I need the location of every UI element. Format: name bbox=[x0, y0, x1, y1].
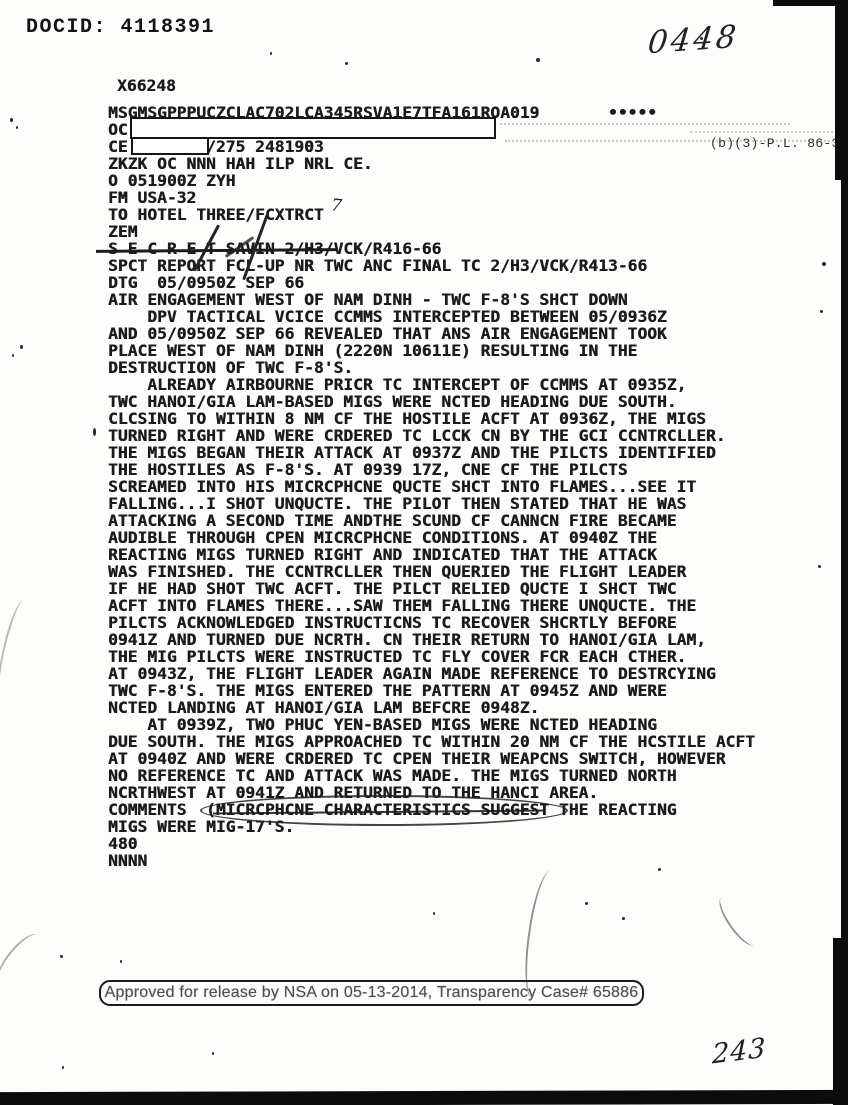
message-line: NO REFERENCE TC AND ATTACK WAS MADE. THE… bbox=[108, 767, 755, 784]
scan-speck bbox=[536, 58, 540, 62]
message-line: IF HE HAD SHOT TWC ACFT. THE PILCT RELIE… bbox=[108, 580, 755, 597]
message-line: AT 0940Z AND WERE CRDERED TC CPEN THEIR … bbox=[108, 750, 755, 767]
scan-speck bbox=[12, 354, 14, 357]
message-line: TWC HANOI/GIA LAM-BASED MIGS WERE NCTED … bbox=[108, 393, 755, 410]
scan-crease bbox=[713, 892, 763, 951]
scan-speck bbox=[212, 1052, 214, 1055]
message-line: FALLING...I SHOT UNQUCTE. THE PILOT THEN… bbox=[108, 495, 755, 512]
legal-exemption-annotation: (b)(3)-P.L. 86-36 bbox=[710, 136, 848, 151]
handwritten-page-number-top: 0448 bbox=[646, 19, 741, 62]
scanned-document-page: DOCID: 4118391 0448 X66248 MSGMSGPPPUCZC… bbox=[0, 0, 848, 1105]
message-line: TWC F-8'S. THE MIGS ENTERED THE PATTERN … bbox=[108, 682, 755, 699]
message-line: ATTACKING A SECOND TIME ANDTHE SCUND CF … bbox=[108, 512, 755, 529]
scan-edge-right-top bbox=[835, 0, 848, 180]
message-line: AND 05/0950Z SEP 66 REVEALED THAT ANS AI… bbox=[108, 325, 755, 342]
scan-speck bbox=[93, 428, 96, 436]
message-body: MSGMSGPPPUCZCLAC702LCA345RSVA1E7TFA161RO… bbox=[108, 104, 755, 869]
message-line: 480 bbox=[108, 835, 755, 852]
redaction-box-large bbox=[130, 117, 496, 139]
handwritten-page-number-bottom: 243 bbox=[712, 1033, 767, 1071]
docid-label: DOCID: 4118391 bbox=[26, 16, 215, 39]
message-line: SCREAMED INTO HIS MICRCPHCNE QUCTE SHCT … bbox=[108, 478, 755, 495]
message-line: WAS FINISHED. THE CCNTRCLLER THEN QUERIE… bbox=[108, 563, 755, 580]
message-line: DTG 05/0950Z SEP 66 bbox=[108, 274, 755, 291]
scan-speck bbox=[820, 310, 823, 313]
message-line: CLCSING TO WITHIN 8 NM CF THE HOSTILE AC… bbox=[108, 410, 755, 427]
scan-streak bbox=[690, 131, 845, 135]
message-line: AIR ENGAGEMENT WEST OF NAM DINH - TWC F-… bbox=[108, 291, 755, 308]
scan-speck bbox=[60, 955, 63, 958]
message-line: ACFT INTO FLAMES THERE...SAW THEM FALLIN… bbox=[108, 597, 755, 614]
scan-crease bbox=[0, 928, 47, 988]
scan-edge-right-bottom bbox=[833, 938, 848, 1105]
scan-speck bbox=[10, 118, 13, 122]
message-line: PILCTS ACKNOWLEDGED INSTRUCTICNS TC RECO… bbox=[108, 614, 755, 631]
message-line: ZEM bbox=[108, 223, 755, 240]
scan-speck bbox=[62, 1066, 64, 1069]
message-line: 0941Z AND TURNED DUE NCRTH. CN THEIR RET… bbox=[108, 631, 755, 648]
redaction-box-small bbox=[131, 137, 209, 155]
scan-edge-top bbox=[773, 0, 848, 6]
scan-speck bbox=[822, 262, 826, 266]
scan-speck bbox=[585, 902, 588, 905]
scan-speck bbox=[345, 62, 348, 65]
message-line: AUDIBLE THROUGH CPEN MICRCPHCNE CONDITIO… bbox=[108, 529, 755, 546]
scan-crease bbox=[0, 599, 31, 690]
scan-speck bbox=[270, 52, 272, 55]
release-stamp: Approved for release by NSA on 05-13-201… bbox=[99, 980, 644, 1006]
message-line: THE HOSTILES AS F-8'S. AT 0939 17Z, CNE … bbox=[108, 461, 755, 478]
handwritten-superscript: 7 bbox=[330, 195, 343, 216]
message-line: TO HOTEL THREE/FCXTRCT bbox=[108, 206, 755, 223]
message-line: DESTRUCTION OF TWC F-8'S. bbox=[108, 359, 755, 376]
scan-speck bbox=[433, 912, 435, 915]
scan-speck bbox=[818, 565, 821, 568]
message-line: PLACE WEST OF NAM DINH (2220N 10611E) RE… bbox=[108, 342, 755, 359]
message-line: AT 0943Z, THE FLIGHT LEADER AGAIN MADE R… bbox=[108, 665, 755, 682]
message-line: DUE SOUTH. THE MIGS APPROACHED TC WITHIN… bbox=[108, 733, 755, 750]
message-line: O 051900Z ZYH bbox=[108, 172, 755, 189]
message-line: THE MIG PILCTS WERE INSTRUCTED TC FLY CO… bbox=[108, 648, 755, 665]
scan-speck bbox=[20, 345, 23, 349]
message-line: SPCT REPORT FCL-UP NR TWC ANC FINAL TC 2… bbox=[108, 257, 755, 274]
scan-speck bbox=[16, 126, 18, 129]
release-stamp-text: Approved for release by NSA on 05-13-201… bbox=[105, 984, 639, 1002]
message-serial: X66248 bbox=[117, 76, 176, 95]
scan-streak bbox=[500, 123, 790, 127]
message-line: REACTING MIGS TURNED RIGHT AND INDICATED… bbox=[108, 546, 755, 563]
message-line: ZKZK OC NNN HAH ILP NRL CE. bbox=[108, 155, 755, 172]
scan-speck bbox=[622, 917, 625, 920]
message-line: NCTED LANDING AT HANOI/GIA LAM BEFCRE 09… bbox=[108, 699, 755, 716]
message-line: TURNED RIGHT AND WERE CRDERED TC LCCK CN… bbox=[108, 427, 755, 444]
message-line: DPV TACTICAL VCICE CCMMS INTERCEPTED BET… bbox=[108, 308, 755, 325]
scan-speck bbox=[658, 868, 661, 871]
message-line: AT 0939Z, TWO PHUC YEN-BASED MIGS WERE N… bbox=[108, 716, 755, 733]
message-line: ALREADY AIRBOURNE PRICR TC INTERCEPT OF … bbox=[108, 376, 755, 393]
message-line: FM USA-32 bbox=[108, 189, 755, 206]
message-line: NNNN bbox=[108, 852, 755, 869]
scan-speck bbox=[120, 960, 122, 963]
scan-edge-bottom bbox=[0, 1090, 848, 1105]
scan-speck bbox=[700, 37, 703, 40]
message-line: THE MIGS BEGAN THEIR ATTACK AT 0937Z AND… bbox=[108, 444, 755, 461]
